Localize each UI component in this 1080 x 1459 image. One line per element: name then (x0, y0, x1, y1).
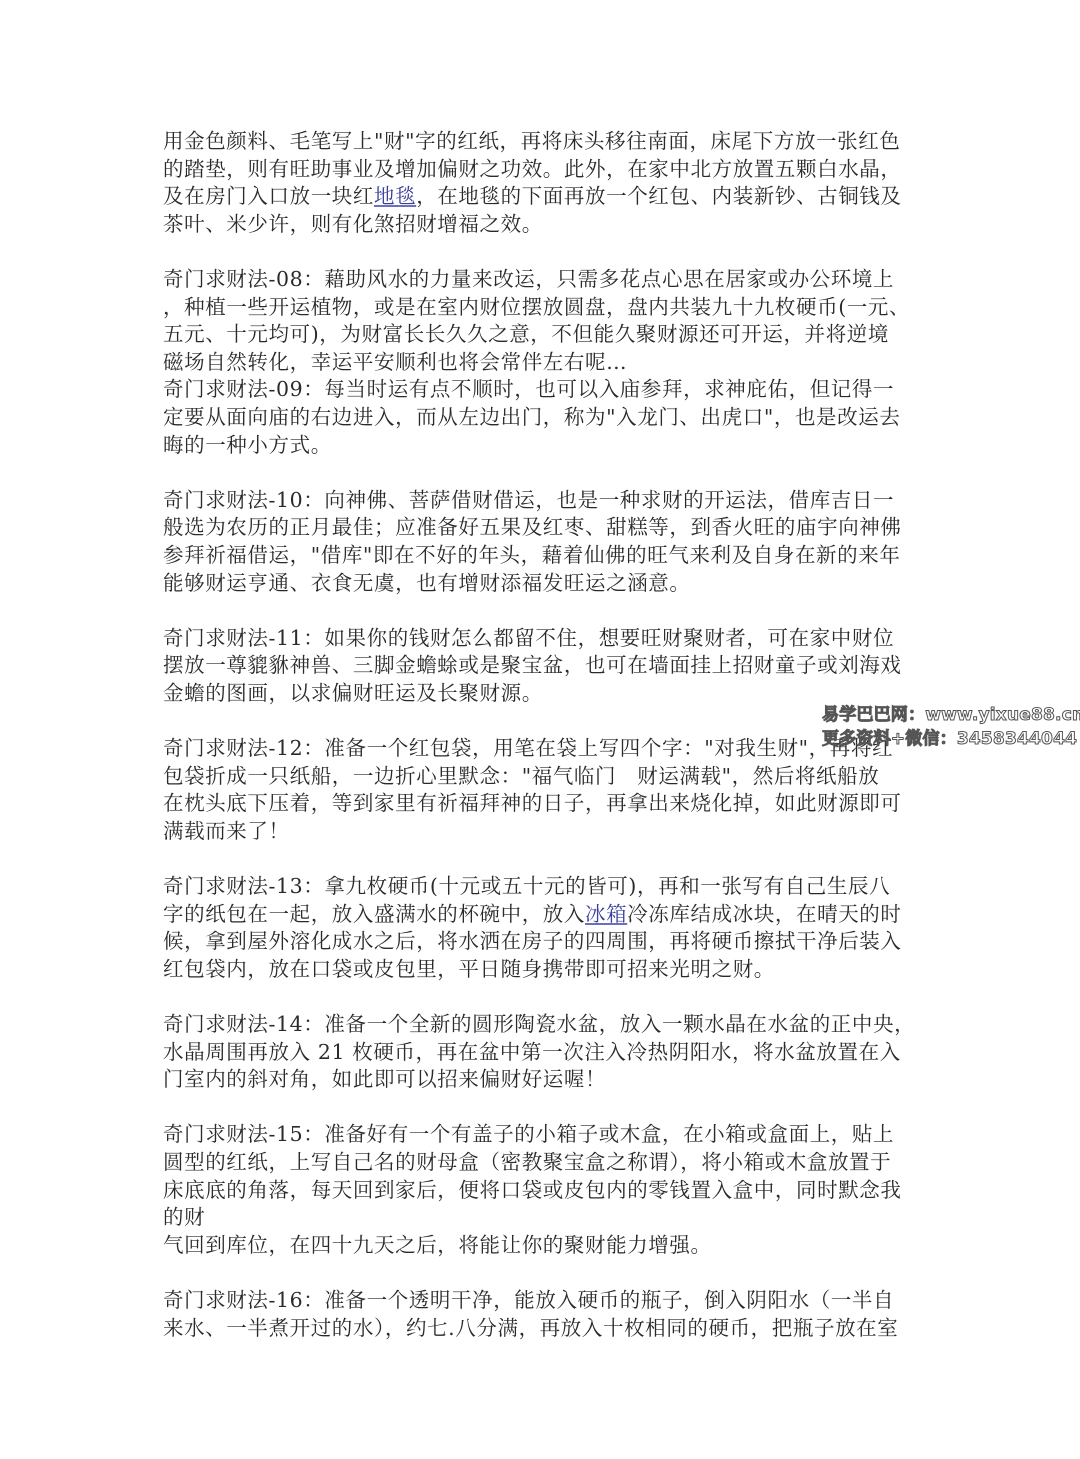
paragraph-method-09: 奇门求财法-09：每当时运有点不顺时，也可以入庙参拜，求神庇佑，但记得一 定要从… (163, 376, 933, 459)
paragraph-method-11: 奇门求财法-11：如果你的钱财怎么都留不住，想要旺财聚财者，可在家中财位 摆放一… (163, 625, 933, 708)
text-line: 气回到库位，在四十九天之后，将能让你的聚财能力增强。 (163, 1232, 933, 1260)
text-line: 磁场自然转化，幸运平安顺利也将会常伴左右呢… (163, 349, 933, 377)
text-line: 候，拿到屋外溶化成水之后，将水洒在房子的四周围，再将硬币擦拭干净后装入 (163, 928, 933, 956)
text-line: 定要从面向庙的右边进入，而从左边出门，称为"入龙门、出虎口"，也是改运去 (163, 404, 933, 432)
watermark-site: 易学巴巴网：www.yixue88.cn (822, 703, 1080, 727)
paragraph-gap (163, 1094, 933, 1122)
paragraph-method-15: 奇门求财法-15：准备好有一个有盖子的小箱子或木盒，在小箱或盒面上，贴上 圆型的… (163, 1121, 933, 1259)
watermark: 易学巴巴网：www.yixue88.cn 更多资料+微信：3458344044 (822, 703, 1080, 751)
paragraph-method-10: 奇门求财法-10：向神佛、菩萨借财借运，也是一种求财的开运法，借库吉日一 般选为… (163, 487, 933, 597)
text-line: 门室内的斜对角，如此即可以招来偏财好运喔！ (163, 1066, 933, 1094)
text-line: 奇门求财法-08：藉助风水的力量来改运，只需多花点心思在居家或办公环境上 (163, 266, 933, 294)
text-line: 般选为农历的正月最佳；应准备好五果及红枣、甜糕等，到香火旺的庙宇向神佛 (163, 514, 933, 542)
document-page: 用金色颜料、毛笔写上"财"字的红纸，再将床头移往南面，床尾下方放一张红色 的踏垫… (163, 128, 933, 1342)
carpet-link[interactable]: 地毯 (374, 184, 416, 208)
text-line: 能够财运亨通、衣食无虞，也有增财添福发旺运之涵意。 (163, 570, 933, 598)
text-line: 水晶周围再放入 21 枚硬币，再在盆中第一次注入冷热阴阳水，将水盆放置在入 (163, 1039, 933, 1067)
text-line: 五元、十元均可)，为财富长长久久之意，不但能久聚财源还可开运，并将逆境 (163, 321, 933, 349)
text-line: 奇门求财法-15：准备好有一个有盖子的小箱子或木盒，在小箱或盒面上，贴上 (163, 1121, 933, 1149)
text-line: 金蟾的图画，以求偏财旺运及长聚财源。 (163, 680, 933, 708)
paragraph-method-13: 奇门求财法-13：拿九枚硬币(十元或五十元的皆可)，再和一张写有自己生辰八 字的… (163, 873, 933, 983)
paragraph-method-14: 奇门求财法-14：准备一个全新的圆形陶瓷水盆，放入一颗水晶在水盆的正中央， 水晶… (163, 1011, 933, 1094)
text-line: 摆放一尊貔貅神兽、三脚金蟾蜍或是聚宝盆，也可在墙面挂上招财童子或刘海戏 (163, 652, 933, 680)
text-line: 红包袋内，放在口袋或皮包里，平日随身携带即可招来光明之财。 (163, 956, 933, 984)
text-line: 奇门求财法-11：如果你的钱财怎么都留不住，想要旺财聚财者，可在家中财位 (163, 625, 933, 653)
fridge-link[interactable]: 冰箱 (585, 902, 627, 926)
paragraph-method-16: 奇门求财法-16：准备一个透明干净，能放入硬币的瓶子，倒入阴阳水（一半自 来水、… (163, 1287, 933, 1342)
paragraph-gap (163, 238, 933, 266)
text-line: 床底底的角落，每天回到家后，便将口袋或皮包内的零钱置入盒中，同时默念我 (163, 1177, 933, 1205)
paragraph-method-08: 奇门求财法-08：藉助风水的力量来改运，只需多花点心思在居家或办公环境上 ，种植… (163, 266, 933, 376)
text-line: 在枕头底下压着，等到家里有祈福拜神的日子，再拿出来烧化掉，如此财源即可 (163, 790, 933, 818)
text-line: 来水、一半煮开过的水），约七.八分满，再放入十枚相同的硬币，把瓶子放在室 (163, 1315, 933, 1343)
text-line: 圆型的红纸，上写自己名的财母盒（密教聚宝盒之称谓），将小箱或木盒放置于 (163, 1149, 933, 1177)
text-line: 的踏垫，则有旺助事业及增加偏财之功效。此外，在家中北方放置五颗白水晶， (163, 156, 933, 184)
text-line: 字的纸包在一起，放入盛满水的杯碗中，放入冰箱冷冻库结成冰块，在晴天的时 (163, 901, 933, 929)
text-line: 及在房门入口放一块红地毯，在地毯的下面再放一个红包、内装新钞、古铜钱及 (163, 183, 933, 211)
paragraph-gap (163, 459, 933, 487)
text-line: 奇门求财法-16：准备一个透明干净，能放入硬币的瓶子，倒入阴阳水（一半自 (163, 1287, 933, 1315)
paragraph-gap (163, 845, 933, 873)
paragraph-intro: 用金色颜料、毛笔写上"财"字的红纸，再将床头移往南面，床尾下方放一张红色 的踏垫… (163, 128, 933, 238)
paragraph-method-12: 奇门求财法-12：准备一个红包袋，用笔在袋上写四个字："对我生财"，再将红 包袋… (163, 735, 933, 845)
text-line: 奇门求财法-12：准备一个红包袋，用笔在袋上写四个字："对我生财"，再将红 (163, 735, 933, 763)
text-line: 茶叶、米少许，则有化煞招财增福之效。 (163, 211, 933, 239)
text-line: 用金色颜料、毛笔写上"财"字的红纸，再将床头移往南面，床尾下方放一张红色 (163, 128, 933, 156)
text-line: 晦的一种小方式。 (163, 432, 933, 460)
text-line: 参拜祈福借运，"借库"即在不好的年头，藉着仙佛的旺气来利及自身在新的来年 (163, 542, 933, 570)
text-line: 奇门求财法-14：准备一个全新的圆形陶瓷水盆，放入一颗水晶在水盆的正中央， (163, 1011, 933, 1039)
text-line: 的财 (163, 1204, 933, 1232)
text-line: ，种植一些开运植物，或是在室内财位摆放圆盘，盘内共装九十九枚硬币(一元、 (163, 294, 933, 322)
text-line: 奇门求财法-13：拿九枚硬币(十元或五十元的皆可)，再和一张写有自己生辰八 (163, 873, 933, 901)
paragraph-gap (163, 1259, 933, 1287)
paragraph-gap (163, 983, 933, 1011)
watermark-contact: 更多资料+微信：3458344044 (822, 727, 1080, 751)
text-line: 奇门求财法-10：向神佛、菩萨借财借运，也是一种求财的开运法，借库吉日一 (163, 487, 933, 515)
paragraph-gap (163, 707, 933, 735)
paragraph-gap (163, 597, 933, 625)
text-line: 奇门求财法-09：每当时运有点不顺时，也可以入庙参拜，求神庇佑，但记得一 (163, 376, 933, 404)
text-line: 满载而来了！ (163, 818, 933, 846)
text-line: 包袋折成一只纸船，一边折心里默念："福气临门 财运满载"，然后将纸船放 (163, 763, 933, 791)
